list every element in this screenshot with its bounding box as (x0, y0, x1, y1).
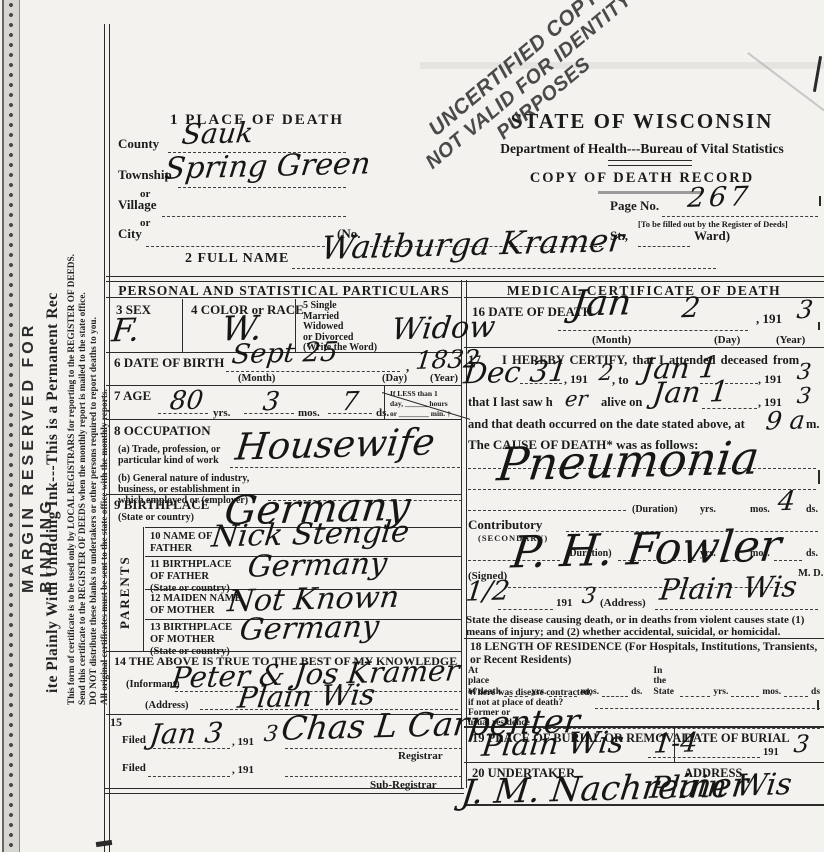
parents-side-label: PARENTS (117, 538, 133, 646)
yrs-label: yrs. (213, 407, 230, 419)
duration-mos-label: mos. (750, 504, 770, 515)
signed-address-label: (Address) (600, 597, 646, 609)
to-year-prefix: , 191 (758, 373, 782, 386)
mos-label: mos. (298, 407, 320, 419)
medical-certificate-title: MEDICAL CERTIFICATE OF DEATH (464, 283, 824, 298)
burial-year-prefix: 191 (763, 747, 779, 759)
page-no-value: 267 (686, 183, 753, 212)
signed-year-prefix: 191 (556, 597, 573, 609)
date-of-burial-value: 1-4 (652, 729, 699, 757)
rule (292, 268, 716, 269)
occupation-value: Housewife (234, 423, 437, 465)
signed-date-value: 1/2 (464, 577, 511, 605)
rule (558, 330, 748, 331)
cause-of-death-value: Pneumonia (495, 435, 762, 488)
personal-particulars-title: PERSONAL AND STATISTICAL PARTICULARS (106, 283, 462, 298)
binding-pattern (2, 0, 20, 852)
county-label: County (118, 137, 159, 152)
physician-signature: P. H. Fowler (509, 524, 783, 575)
rule (106, 297, 462, 298)
rule (226, 371, 400, 372)
length-of-residence-label: 18 LENGTH OF RESIDENCE (For Hospitals, I… (470, 641, 818, 667)
to-label: , to (612, 373, 629, 387)
register-of-deeds-note: [To be filled out by the Register of Dee… (638, 220, 788, 230)
ds-label: ds. (376, 407, 389, 419)
death-occurred-label: and that death occurred on the date stat… (468, 417, 745, 431)
filed-section-number: 15 (110, 716, 122, 729)
full-name-value: Waltburga Kramer (320, 224, 626, 264)
occupation-a-label: (a) Trade, profession, or particular kin… (118, 444, 221, 466)
undertaker-address-value: Plain Wis (648, 770, 793, 804)
time-m-label: m. (806, 417, 820, 431)
signed-address-value: Plain Wis (658, 572, 798, 605)
burial-year-value: 3 (793, 732, 811, 756)
scan-edge-mark (819, 196, 821, 206)
last-saw-label: that I last saw h (468, 395, 553, 409)
filed2-year-prefix: , 191 (232, 764, 254, 776)
rule (182, 299, 183, 352)
marital-status-value: Widow (390, 313, 497, 346)
scan-edge-mark (818, 322, 820, 330)
year-label: (Year) (776, 334, 805, 346)
rule (598, 191, 702, 194)
filed-year-prefix: , 191 (232, 736, 254, 748)
date-of-burial-label: DATE OF BURIAL (684, 731, 790, 745)
attended-from-date: Dec 31 (462, 357, 568, 389)
rule (464, 638, 824, 639)
her-handwritten: er (564, 389, 589, 411)
rule (104, 788, 464, 794)
rule (148, 776, 230, 777)
duration-days-value: 4 (776, 488, 796, 515)
day-label: (Day) (382, 373, 407, 385)
rule (468, 510, 626, 511)
rule (146, 246, 330, 247)
date-of-death-month: Jan (570, 285, 633, 323)
place-of-burial-value: Plain Wis (480, 728, 625, 762)
birthplace-sub-label: (State or country) (118, 512, 194, 523)
date-of-birth-value: Sept 25 (230, 339, 339, 369)
filed-date-value: Jan 3 (148, 719, 224, 749)
rule (178, 187, 346, 188)
copy-of-death-record-title: COPY OF DEATH RECORD (466, 170, 818, 186)
rule (608, 160, 692, 166)
age-label: 7 AGE (114, 389, 151, 404)
rule (662, 216, 818, 217)
margin-instruction-line: Send this certificate to the REGISTER OF… (78, 125, 88, 705)
full-name-label: 2 FULL NAME (185, 251, 289, 267)
violent-causes-note: State the disease causing death, or in d… (466, 614, 822, 638)
scan-edge-mark (818, 470, 820, 484)
page-no-label: Page No. (610, 199, 659, 214)
father-birthplace-value: Germany (246, 549, 389, 583)
duration-ds-label: ds. (806, 504, 818, 515)
filed2-label: Filed (122, 762, 146, 774)
last-saw-date: Jan 1 (651, 377, 730, 408)
attended-from-year: 2 (598, 363, 615, 385)
duration2-ds-label: ds. (806, 548, 818, 559)
rule (106, 651, 462, 652)
filed-label: Filed (122, 734, 146, 746)
md-label: M. D. (798, 568, 823, 580)
rule (655, 609, 818, 610)
ward-label: Ward) (694, 229, 730, 244)
age-years-value: 80 (168, 388, 204, 415)
rule (106, 385, 462, 386)
village-label: Village (118, 198, 157, 213)
rule (498, 609, 553, 610)
year-label: (Year) (430, 373, 458, 385)
sex-value: F. (110, 314, 141, 347)
dod-year-prefix: , 191 (756, 312, 782, 327)
duration-label: (Duration) (632, 504, 678, 515)
month-label: (Month) (238, 373, 275, 385)
rule (384, 386, 385, 419)
registrar-label: Registrar (398, 750, 443, 762)
duration-yrs-label: yrs. (700, 504, 716, 515)
day-label: (Day) (714, 334, 740, 346)
city-label: City (118, 227, 142, 242)
rule (638, 246, 690, 247)
margin-instruction-line: DO NOT distribute these blanks to undert… (89, 125, 99, 705)
date-of-birth-label: 6 DATE OF BIRTH (114, 356, 224, 371)
father-name-label: 10 NAME OF FATHER (150, 531, 212, 555)
attended-to-year: 3 (796, 362, 813, 384)
margin-ink-note: ite Plainly With Unfading Ink---This is … (44, 118, 62, 693)
mother-birthplace-value: Germany (238, 612, 381, 646)
rule (464, 297, 824, 298)
rule (285, 748, 462, 749)
rule (285, 776, 462, 777)
occupation-label: 8 OCCUPATION (114, 424, 211, 439)
alive-on-label: alive on (601, 395, 642, 409)
signed-year-value: 3 (581, 586, 598, 608)
month-label: (Month) (592, 334, 631, 346)
date-of-death-day: 2 (680, 294, 701, 322)
age-days-value: 7 (340, 389, 360, 415)
township-value: Spring Green (163, 149, 372, 184)
department-title: Department of Health---Bureau of Vital S… (466, 141, 818, 156)
death-certificate-document: MARGIN RESERVED FOR BINDING ite Plainly … (0, 0, 824, 852)
age-months-value: 3 (261, 389, 281, 415)
from-year-prefix: , 191 (564, 373, 588, 386)
county-value: Sauk (180, 119, 254, 149)
birthplace-label: 9 BIRTHPLACE (114, 498, 209, 513)
informant-address-label: (Address) (145, 700, 189, 712)
filed-year-value: 3 (263, 724, 280, 746)
date-of-death-year: 3 (796, 297, 815, 322)
rule (162, 216, 346, 217)
rule (464, 347, 824, 348)
death-time-value: 9 a (765, 407, 807, 433)
margin-instruction-line: This form of certificate is to be used o… (67, 125, 77, 705)
